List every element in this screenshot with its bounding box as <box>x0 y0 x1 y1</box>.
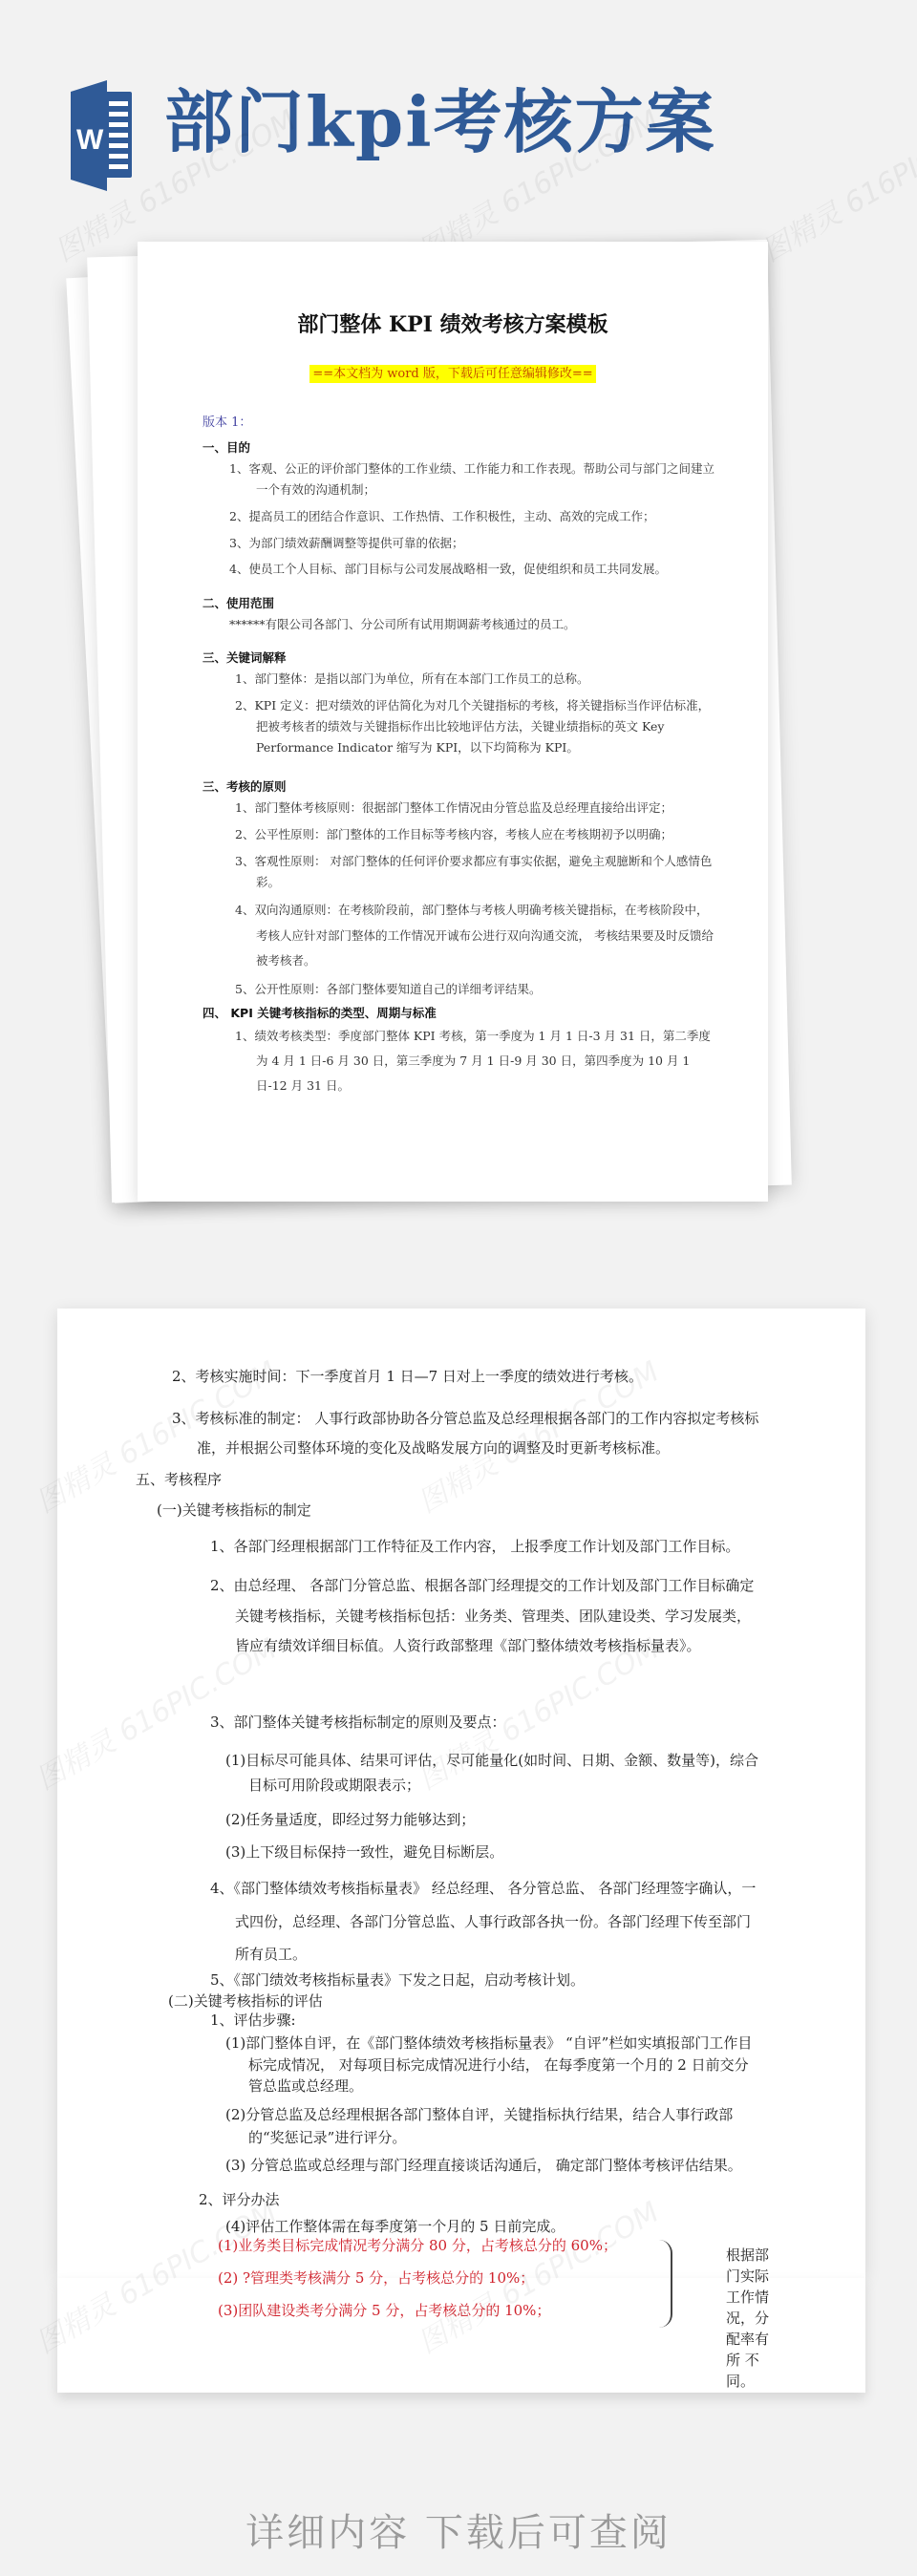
download-prompt: 详细内容 下载后可查阅 <box>0 2502 917 2557</box>
subsection-heading: (一)关键考核指标的制定 <box>157 1498 311 1522</box>
list-item: 1、客观、公正的评价部门整体的工作业绩、工作能力和工作表现。帮助公司与部门之间建… <box>229 458 718 500</box>
list-item: (1)目标尽可能具体、结果可评估，尽可能量化(如时间、日期、金额、数量等)，综合… <box>225 1748 760 1799</box>
version-label: 版本 1： <box>203 412 251 430</box>
section-heading: 四、 KPI 关键考核指标的类型、周期与标准 <box>203 1003 718 1024</box>
list-item: 1、绩效考核类型：季度部门整体 KPI 考核，第一季度为 1 月 1 日-3 月… <box>235 1024 718 1099</box>
list-item: 1、部门整体考核原则：很据部门整体工作情况由分管总监及总经理直接给出评定； <box>235 798 718 819</box>
page-title: 部门kpi考核方案 <box>164 88 716 157</box>
list-item: 2、评分办法 <box>199 2187 280 2212</box>
header: W 部门kpi考核方案 <box>0 0 917 210</box>
list-item: 2、由总经理、 各部门分管总监、根据各部门经理提交的工作计划及部门工作目标确定关… <box>210 1571 764 1662</box>
list-item: (2)任务量适度，即经过努力能够达到； <box>225 1807 475 1832</box>
edit-note: ==本文档为 word 版，下载后可任意编辑修改== <box>138 363 768 381</box>
list-item: 2、提高员工的团结合作意识、工作热情、工作积极性，主动、高效的完成工作； <box>229 506 718 527</box>
list-item: 3、为部门绩效薪酬调整等提供可靠的依据； <box>229 533 718 554</box>
list-item: 3、部门整体关键考核指标制定的原则及要点： <box>210 1710 783 1735</box>
scoring-rule: (3)团队建设类考分满分 5 分，占考核总分的 10%； <box>218 2298 550 2323</box>
list-item: (2)分管总监及总经理根据各部门整体自评，关键指标执行结果，结合人事行政部的“奖… <box>225 2103 760 2149</box>
list-item: 1、评估步骤: <box>210 2010 296 2032</box>
section-heading: 五、考核程序 <box>136 1467 222 1492</box>
section-2: 二、使用范围 ******有限公司各部门、分公司所有试用期调薪考核通过的员工。 <box>203 593 718 641</box>
section-heading: 一、目的 <box>203 437 718 458</box>
section-heading: 二、使用范围 <box>203 593 718 614</box>
word-document-icon: W <box>69 80 134 191</box>
list-item: 4、使员工个人目标、部门目标与公司发展战略相一致，促使组织和员工共同发展。 <box>229 559 718 580</box>
list-item: (3)上下级目标保持一致性，避免目标断层。 <box>225 1840 503 1864</box>
brace-symbol <box>659 2240 672 2328</box>
paragraph: 2、考核实施时间：下一季度首月 1 日—7 日对上一季度的绩效进行考核。 <box>172 1364 764 1389</box>
scoring-rule: (2) ?管理类考核满分 5 分，占考核总分的 10%； <box>218 2266 534 2290</box>
list-item: 3、客观性原则： 对部门整体的任何评价要求都应有事实依据，避免主观臆断和个人感情… <box>235 851 718 893</box>
svg-text:W: W <box>76 124 104 156</box>
list-item: 4、《部门整体绩效考核指标量表》 经总经理、 各分管总监、 各部门经理签字确认，… <box>210 1872 764 1971</box>
section-heading: 三、考核的原则 <box>203 777 718 798</box>
document-page-1: 部门整体 KPI 绩效考核方案模板 ==本文档为 word 版，下载后可任意编辑… <box>138 242 768 1202</box>
scoring-rule: (1)业务类目标完成情况考分满分 80 分，占考核总分的 60%； <box>218 2233 617 2258</box>
list-item: (3) 分管总监或总经理与部门经理直接谈话沟通后， 确定部门整体考核评估结果。 <box>225 2151 760 2180</box>
section-3: 三、关键词解释 1、部门整体：是指以部门为单位，所有在本部门工作员工的总称。 2… <box>203 648 718 763</box>
list-item: 1、部门整体：是指以部门为单位，所有在本部门工作员工的总称。 <box>235 669 718 690</box>
list-item: 5、公开性原则：各部门整体要知道自己的详细考评结果。 <box>235 979 718 1000</box>
list-item: (1)部门整体自评，在《部门整体绩效考核指标量表》 “自评”栏如实填报部门工作目… <box>225 2033 760 2097</box>
document-page-2: 2、考核实施时间：下一季度首月 1 日—7 日对上一季度的绩效进行考核。 3、考… <box>57 1309 865 2278</box>
list-item: ******有限公司各部门、分公司所有试用期调薪考核通过的员工。 <box>229 614 718 635</box>
side-note: 根据部门实际工作情况，分配率有所 不同。 <box>726 2245 779 2392</box>
section-1: 一、目的 1、客观、公正的评价部门整体的工作业绩、工作能力和工作表现。帮助公司与… <box>203 437 718 585</box>
list-item: 1、各部门经理根据部门工作特征及工作内容， 上报季度工作计划及部门工作目标。 <box>210 1534 783 1559</box>
section-4: 三、考核的原则 1、部门整体考核原则：很据部门整体工作情况由分管总监及总经理直接… <box>203 777 718 1006</box>
section-5: 四、 KPI 关键考核指标的类型、周期与标准 1、绩效考核类型：季度部门整体 K… <box>203 1003 718 1105</box>
list-item: 2、KPI 定义：把对绩效的评估简化为对几个关键指标的考核，将关键指标当作评估标… <box>235 695 718 758</box>
document-title: 部门整体 KPI 绩效考核方案模板 <box>138 309 768 338</box>
edit-note-text: ==本文档为 word 版，下载后可任意编辑修改== <box>309 365 595 383</box>
list-item: 2、公平性原则：部门整体的工作目标等考核内容，考核人应在考核期初予以明确； <box>235 824 718 845</box>
list-item: 4、双向沟通原则：在考核阶段前，部门整体与考核人明确考核关键指标，在考核阶段中，… <box>235 898 718 973</box>
section-heading: 三、关键词解释 <box>203 648 718 669</box>
paragraph: 3、考核标准的制定： 人事行政部协助各分管总监及总经理根据各部门的工作内容拟定考… <box>172 1404 764 1463</box>
